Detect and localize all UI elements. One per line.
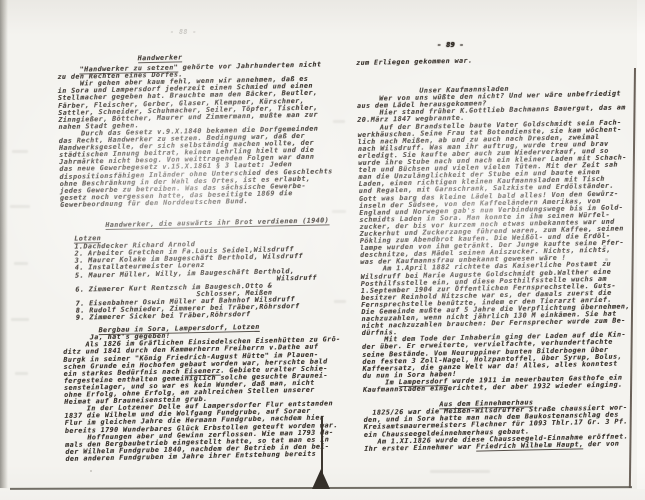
right-page-text: zum Erliegen gekommen war. Unser Kaufman… (356, 54, 645, 453)
bleed-through-mark (430, 470, 490, 473)
text-block: Am 1.April 1882 richtete das Kaiserliche… (360, 260, 643, 337)
bleed-through-mark (12, 150, 28, 153)
scanned-book-spread: - 88 - - 89 - Handwerker "Handwerker zu … (0, 0, 645, 500)
scan-speck (90, 470, 92, 472)
page-number-right: - 89 - (437, 41, 464, 49)
text-line: zum Erliegen gekommen war. (356, 54, 638, 67)
text-block: 1.Dachdecker Richard Arnold 2. Arbeiter … (61, 238, 345, 322)
text-block: Wir gehen aber kaum fehl, wenn wir anneh… (58, 75, 341, 131)
page-number-left: - 88 - (170, 28, 197, 36)
bleed-through-mark (14, 262, 28, 265)
left-page-text: Handwerker "Handwerker zu setzen" gehört… (57, 51, 347, 463)
text-block: Am 1.XI.1826 wurde diese Chausseegeld-Ei… (364, 433, 645, 453)
bleed-through-mark (11, 318, 29, 321)
text-block: Mit dem Tode der Inhaberin ging der Lade… (362, 331, 645, 379)
scan-edge-shadow-left (0, 0, 8, 488)
bleed-through-mark (10, 205, 30, 208)
book-gutter-mark (312, 469, 330, 489)
text-block: Als 1826 im Gräflichen Einsiedelschen Ei… (63, 336, 346, 406)
bleed-through-mark (15, 372, 28, 375)
text-block: zum Erliegen gekommen war. (356, 54, 638, 67)
text-block: Handwerker, die auswärts ihr Brot verdie… (60, 217, 342, 230)
text-block: Durch das Gesetz v.9.X.1840 bekamen die … (59, 125, 343, 209)
scan-bottom-margin (0, 489, 645, 500)
text-block: Auf der Brandstelle baute Vater Goldschm… (357, 119, 642, 267)
text-line: Handwerker, die auswärts ihr Brot verdie… (60, 217, 342, 230)
text-block: Hoffnungen aber und Gewinn zerflossen. W… (65, 429, 348, 463)
